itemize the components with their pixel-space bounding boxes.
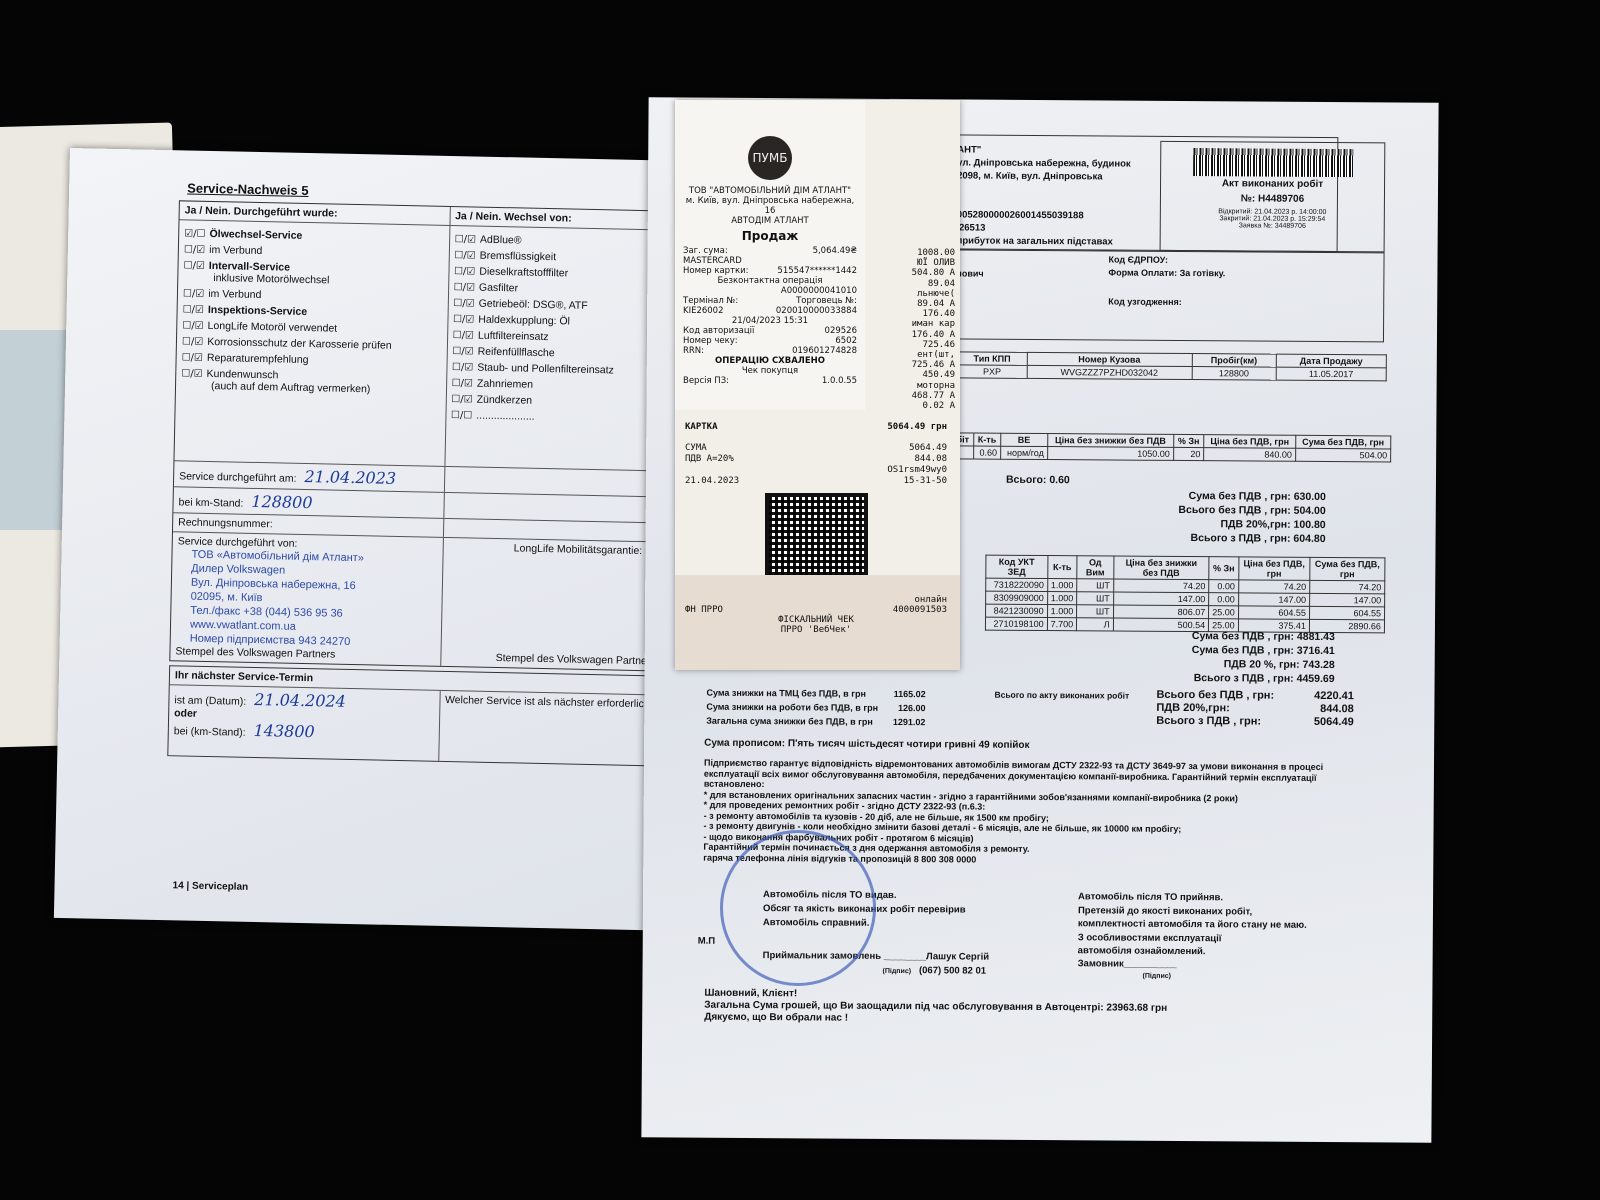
checklist-label: im Verbund [208,288,261,301]
act-totals: Всього без ПДВ , грн:4220.41ПДВ 20%,грн:… [1156,689,1354,729]
checklist-label: im Verbund [209,244,262,257]
terminal-id: KIE26002 [683,306,724,316]
column-header: Тип КПП [957,352,1027,365]
aid: A0000000041010 [683,286,857,296]
works-total: 0.60 [1049,474,1070,486]
table-cell: 604.55 [1309,606,1384,620]
checkbox-icon[interactable]: ☐/☑ [182,336,204,347]
checkbox-icon[interactable]: ☐/☑ [453,298,475,309]
checklist-label: Haldexkupplung: Öl [478,314,570,328]
sum-row: ПДВ 20 %, грн: 743.28 [1165,657,1335,672]
approval-code-label: Код узгодження: [1108,295,1225,309]
checkbox-icon[interactable]: ☐/☑ [453,330,475,341]
table-cell: 20 [1173,447,1204,460]
table-cell: 8421230090 [986,604,1048,617]
checkbox-icon[interactable]: ☐/☐ [451,410,473,421]
fiscal-line: 89.04 [865,279,955,289]
left-checklist: ☑/☐Ölwechsel-Service☐/☑im Verbund☐/☑Inte… [174,220,449,466]
checklist-sublabel: (auch auf dem Auftrag vermerken) [181,379,441,396]
page-footer: 14 | Serviceplan [172,880,248,893]
act-number: H4489706 [1258,194,1304,205]
receipt-date: 21.04.2023 [685,476,739,487]
pair-row: Загальна сума знижки без ПДВ, в грн1291.… [706,714,925,730]
table-row: 0.60норм/год1050.0020840.00504.00 [947,446,1391,462]
act-title: Акт виконаних робіт [1161,178,1384,191]
checkbox-icon[interactable]: ☐/☑ [182,320,204,331]
checklist-item: ☑/☐Ölwechsel-Service [184,227,444,244]
checklist-item: ☐/☑im Verbund [183,287,443,304]
works-total-label: Всього: [1006,474,1047,486]
table-cell: 74.20 [1310,580,1385,594]
checklist-label: Getriebeöl: DSG®, ATF [479,298,588,312]
merchant-company: ТОВ "АВТОМОБІЛЬНИЙ ДІМ АТЛАНТ" [683,186,857,196]
fiscal-line: 176.40 A [865,330,955,340]
pair-label: Сума знижки на роботи без ПДВ, в грн [706,700,878,715]
fiscal-check-label: ФІСКАЛЬНИЙ ЧЕК [685,615,947,625]
pair-row: Сума знижки на роботи без ПДВ, в грн126.… [706,700,925,716]
checklist-label: Bremsflüssigkeit [480,250,557,264]
customer-signature-label: (Підпис) [1142,973,1171,980]
sum-row: ПДВ 20%,грн: 100.80 [1166,517,1326,532]
column-header: К-ть [973,433,1000,446]
client-name: нович [956,268,983,278]
checkbox-icon[interactable]: ☐/☑ [455,234,477,245]
sum-label: ПДВ 20%,грн: [1220,518,1293,531]
checklist-item: ☐/☑Intervall-Serviceinklusive Motorölwec… [183,259,443,288]
checkbox-icon[interactable]: ☐/☑ [183,288,205,299]
table-cell: 1.000 [1047,579,1077,592]
fiscal-line: 725.46 [865,340,955,350]
sum-value: 504.00 [1294,505,1326,517]
prro-label: ПРРО 'ВебЧек' [685,625,947,635]
accepted-block: Автомобіль після ТО прийняв.Претензій до… [1078,890,1307,959]
fiscal-line: 1008.00 [865,248,955,258]
checkbox-icon[interactable]: ☐/☑ [454,282,476,293]
table-cell: 1.000 [1047,592,1077,605]
checklist-item: ☐/☑Kundenwunsch(auch auf dem Auftrag ver… [181,367,441,396]
checkbox-icon[interactable]: ☐/☑ [181,368,203,379]
pair-row: Сума знижки на ТМЦ без ПДВ, в грн1165.02 [706,686,925,702]
vehicle-table: Тип КППНомер КузоваПробіг(км)Дата Продаж… [957,351,1387,381]
sum-label: Сума без ПДВ , грн: [1192,644,1297,657]
card-number: 515547******1442 [777,266,857,276]
table-cell: 128800 [1192,367,1276,381]
merchant-address: м. Київ, вул. Дніпровська набережна, 16 [683,196,857,216]
text-line: автомобіля ознайомлений. [1078,944,1307,959]
pos-slip: ПУМБ ТОВ "АВТОМОБІЛЬНИЙ ДІМ АТЛАНТ" м. К… [675,100,865,410]
sum-label: Сума без ПДВ , грн: [1189,490,1294,503]
sum-label: Всього з ПДВ , грн: [1191,532,1294,545]
checkbox-icon[interactable]: ☐/☑ [451,394,473,405]
merchant-label: Торговець №: [796,296,857,306]
table-cell: 840.00 [1204,448,1296,462]
receiver-phone: (067) 500 82 01 [919,965,986,976]
receipt-time: 15-31-50 [904,476,947,487]
customer-label: Замовник [1078,958,1124,969]
checkbox-icon[interactable]: ☐/☑ [184,244,206,255]
sum-value: 4881.43 [1297,631,1335,643]
sum-row: Всього без ПДВ , грн: 504.00 [1166,503,1326,518]
checkbox-icon[interactable]: ☐/☑ [182,352,204,363]
pair-value: 5064.49 [1314,716,1354,729]
sum-value: 3716.41 [1297,645,1335,657]
pair-row: Всього з ПДВ , грн:5064.49 [1156,715,1354,729]
vat-label: ПДВ А=20% [685,454,734,465]
checklist-label: Gasfilter [479,282,518,295]
shop-name: АВТОДІМ АТЛАНТ [683,216,857,226]
page-number: 14 [172,880,183,891]
bank-logo-icon: ПУМБ [748,136,792,180]
online-label: онлайн [914,595,947,605]
pair-label: Сума знижки на ТМЦ без ПДВ, в грн [706,686,866,701]
pair-value: 4220.41 [1314,690,1354,703]
operation-type: Продаж [683,229,857,243]
table-cell: 7.700 [1047,618,1077,631]
sum-label: СУМА [685,443,707,454]
next-service-box: Ihr nächster Service-Termin ist am (Datu… [167,665,711,767]
fiscal-line: иман кар [865,319,955,329]
column-header: % Зн [1209,557,1239,580]
column-header: Сума без ПДВ, грн [1295,435,1390,449]
check-number: 6502 [835,336,857,346]
column-header: Номер Кузова [1027,352,1192,366]
pair-value: 844.08 [1320,703,1354,716]
table-cell: 8309909000 [986,591,1048,604]
column-header: Од Вим [1077,556,1114,579]
auth-code: 029526 [825,326,857,336]
fiscal-line: льнюче( [865,289,955,299]
fiscal-receipt: 1008.00ЮЇ ОЛИВ504.80 A89.04льнюче(89.04 … [675,100,960,670]
request-number: Заявка №: 34489706 [1161,222,1384,231]
checklist-label: Inspektions-Service [208,304,307,318]
payment-form: Форма Оплати: За готівку. [1108,266,1225,280]
pair-value: 1165.02 [894,687,926,701]
next-km-value: 143800 [253,721,314,741]
table-cell: 147.00 [1238,593,1309,606]
version-value: 1.0.0.55 [822,376,857,386]
pair-label: ПДВ 20%,грн: [1156,702,1230,716]
checkbox-icon[interactable]: ☐/☑ [183,260,205,271]
parts-table: Код УКТ ЗЕДК-тьОд ВимЦіна без знижки без… [985,555,1386,634]
column-header: Ціна без знижки без ПДВ [1113,556,1209,580]
mp-label: М.П [698,936,715,947]
sum-row: Сума без ПДВ , грн: 3716.41 [1165,643,1335,658]
checklist-label: Reifenfüllflasche [478,346,555,360]
fiscal-line: 468.77 A [865,391,955,401]
fiscal-line: 450.49 [865,370,955,380]
purchase-label: Чек покупця [683,366,857,376]
transaction-datetime: 21/04/2023 15:31 [683,316,857,326]
total-value: 5,064.49₴ [813,246,857,256]
column-header: Дата Продажу [1276,354,1386,368]
km-label: bei km-Stand: [178,496,243,509]
contactless: Безконтактна операція [683,276,857,286]
total-label: Заг. сума: [683,246,728,256]
pair-value: 1291.02 [893,715,926,729]
table-cell: ШТ [1077,592,1114,605]
approved-status: ОПЕРАЦІЮ СХВАЛЕНО [683,356,857,366]
pair-label: Всього без ПДВ , грн: [1156,689,1274,703]
table-cell: 1050.00 [1047,447,1173,461]
works-table: обітК-тьВЕЦіна без знижки без ПДВ% ЗнЦін… [946,432,1391,462]
card-label: КАРТКА [685,422,718,433]
table-cell: 7318220090 [986,578,1048,591]
receipt-footer: онлайн ФН ПРРО4000091503 ФІСКАЛЬНИЙ ЧЕК … [675,575,960,670]
table-cell: 504.00 [1295,448,1390,462]
text-line: Автомобіль після ТО прийняв. [1078,890,1307,905]
checklist-label: Staub- und Pollenfiltereinsatz [477,362,614,377]
act-total-label: Всього по акту виконаних робіт [994,690,1129,701]
sum-row: Всього з ПДВ , грн: 4459.69 [1165,671,1335,686]
table-cell: 0.00 [1209,593,1239,606]
checkbox-icon[interactable]: ☐/☑ [183,304,205,315]
client-box: нович Код ЄДРПОУ: Форма Оплати: За готів… [947,249,1385,342]
fiscal-line: 89.04 A [865,299,955,309]
sum-label: Сума без ПДВ , грн: [1192,630,1297,643]
amount-in-words: Сума прописом: П'ять тисяч шістьдесят чо… [704,738,1030,751]
merchant-id: 020010000033884 [776,306,857,316]
card-amount: 5064.49 грн [887,422,947,433]
column-header: ВЕ [1001,433,1048,446]
pair-value: 126.00 [898,701,926,715]
terminal-label: Термінал №: [683,296,738,306]
vat-value: 844.08 [914,454,947,465]
sum-value: 743.28 [1303,659,1335,671]
sum-label: Всього без ПДВ , грн: [1178,504,1293,517]
edrpou-label: Код ЄДРПОУ: [1108,253,1225,267]
checkbox-icon[interactable]: ☐/☑ [452,362,474,373]
table-cell: 74.20 [1113,579,1209,593]
service-date-label: Service durchgeführt am: [179,470,297,484]
table-cell: ШТ [1077,605,1114,618]
discounts-block: Сума знижки на ТМЦ без ПДВ, в грн1165.02… [706,686,925,730]
checklist-item: ☐/☑Reparaturempfehlung [182,351,442,368]
receiver-name: Лашук Сергій [926,951,989,962]
km-value: 128800 [251,492,312,512]
text-line: комплектності автомобіля та його стану н… [1078,917,1307,932]
rrn-value: 019601274828 [792,346,857,356]
table-cell: WVGZZZ7PZHD032042 [1027,365,1192,379]
table-cell: 147.00 [1113,592,1209,606]
service-checklist: Ja / Nein. Durchgeführt wurde: Ja / Nein… [169,200,721,672]
checklist-label: .................... [476,410,535,423]
table-cell: 604.55 [1238,606,1309,619]
pair-label: Загальна сума знижки без ПДВ, в грн [706,714,873,729]
rrn-label: RRN: [683,346,704,356]
sum-value: 604.80 [1293,533,1325,545]
checklist-item: ☐/☑LongLife Motoröl verwendet [182,319,442,336]
table-cell: 11.05.2017 [1276,367,1386,381]
service-date-value: 21.04.2023 [304,467,396,488]
column-header: Ціна без ПДВ, грн [1238,557,1309,580]
fiscal-line: ЮЇ ОЛИВ [865,258,955,268]
sum-label: ПДВ 20 %, грн: [1224,658,1303,671]
auth-label: Код авторизації [683,326,754,336]
next-date-label: ist am (Datum): [174,694,246,708]
act-header-box: Акт виконаних робіт №: H4489706 Відкрити… [1160,141,1386,253]
fiscal-line: 0.02 A [865,401,955,411]
dealer-stamp: ТОВ «Автомобільний дім Атлант»Дилер Volk… [176,547,437,650]
table-cell: норм/год [1000,446,1047,459]
sum-row: Сума без ПДВ , грн: 4881.43 [1165,629,1335,644]
table-cell: 0.60 [973,446,1000,459]
checklist-label: Ölwechsel-Service [209,228,302,242]
checklist-item: ☐/☑im Verbund [184,243,444,260]
next-date-value: 21.04.2024 [254,690,346,711]
checklist-label: Reparaturempfehlung [207,352,309,366]
sum-label: Всього з ПДВ , грн: [1194,672,1297,685]
checklist-label: Zündkerzen [477,394,533,407]
company-stamp [720,830,876,986]
barcode [1193,148,1353,177]
fiscal-code: OS1rsm49wy0 [887,465,947,476]
fn-value: 4000091503 [893,605,947,615]
checkbox-icon[interactable]: ☐/☑ [454,266,476,277]
column-header: Сума без ПДВ, грн [1310,557,1385,581]
checklist-label: AdBlue® [480,234,522,247]
checklist-item: ☐/☑Inspektions-Service [183,303,443,320]
checkbox-icon[interactable]: ☐/☑ [453,314,475,325]
checklist-label: Dieselkraftstofffilter [479,266,568,280]
column-header: К-ть [1047,556,1077,579]
pair-label: Всього з ПДВ , грн: [1156,715,1261,729]
works-sums: Сума без ПДВ , грн: 630.00Всього без ПДВ… [1166,489,1326,546]
fn-label: ФН ПРРО [685,605,723,615]
table-cell: 1.000 [1047,605,1077,618]
section-name: Serviceplan [192,881,248,893]
sum-row: Сума без ПДВ , грн: 630.00 [1166,489,1326,504]
act-number-label: №: [1241,193,1256,204]
checkbox-icon[interactable]: ☐/☑ [452,346,474,357]
sum-value: 630.00 [1294,491,1326,503]
table-cell: 806.07 [1113,605,1209,619]
table-cell: 74.20 [1238,580,1309,593]
table-cell: 0.00 [1209,580,1239,593]
fiscal-line: 176.40 [865,309,955,319]
version-label: Версія ПЗ: [683,376,729,386]
column-header: Ціна без ПДВ, грн [1204,435,1296,449]
signature-label: (Підпис) [883,968,912,975]
card-type: MASTERCARD [683,256,857,266]
column-header: Пробіг(км) [1192,354,1276,368]
column-header: % Зн [1173,434,1204,447]
table-cell: 2710198100 [985,617,1047,630]
check-label: Номер чеку: [683,336,738,346]
fiscal-line: 504.80 A [865,268,955,278]
next-km-label: bei (km-Stand): [174,725,246,739]
column-header: Ціна без знижки без ПДВ [1047,434,1173,448]
fiscal-item-column: 1008.00ЮЇ ОЛИВ504.80 A89.04льнюче(89.04 … [865,248,955,411]
checklist-item: ☐/☑Korrosionsschutz der Karosserie prüfe… [182,335,442,352]
fiscal-line: 725.46 A [865,360,955,370]
table-cell: Л [1077,618,1114,631]
checklist-label: Zahnriemen [477,378,533,391]
table-cell: 25.00 [1209,606,1239,619]
checkbox-icon[interactable]: ☑/☐ [184,228,206,239]
sum-value: 4459.69 [1297,673,1335,685]
sum-row: Всього з ПДВ , грн: 604.80 [1166,531,1326,546]
sum-value: 100.80 [1294,519,1326,531]
table-cell: 147.00 [1310,593,1385,607]
checkbox-icon[interactable]: ☐/☑ [454,250,476,261]
checklist-label: Korrosionsschutz der Karosserie prüfen [207,336,392,352]
fiscal-line: моторна [865,381,955,391]
checklist-sublabel: inklusive Motorölwechsel [183,271,443,288]
card-number-label: Номер картки: [683,266,749,276]
checklist-label: LongLife Motoröl verwendet [207,320,337,335]
parts-sums: Сума без ПДВ , грн: 4881.43Сума без ПДВ … [1165,629,1335,686]
table-cell: ШТ [1077,579,1114,592]
fiscal-line: ент(шт, [865,350,955,360]
checklist-label: Luftfiltereinsatz [478,330,549,343]
sum-value: 5064.49 [909,443,947,454]
service-booklet-page: Service-Nachweis 5 Ja / Nein. Durchgefüh… [54,148,660,930]
page-title: Service-Nachweis 5 [187,180,309,198]
closing-block: Шановний, Клієнт!Загальна Сума грошей, щ… [704,988,1167,1027]
column-header: Код УКТ ЗЕД [986,555,1048,578]
checkbox-icon[interactable]: ☐/☑ [452,378,474,389]
table-cell: PXP [957,365,1027,378]
